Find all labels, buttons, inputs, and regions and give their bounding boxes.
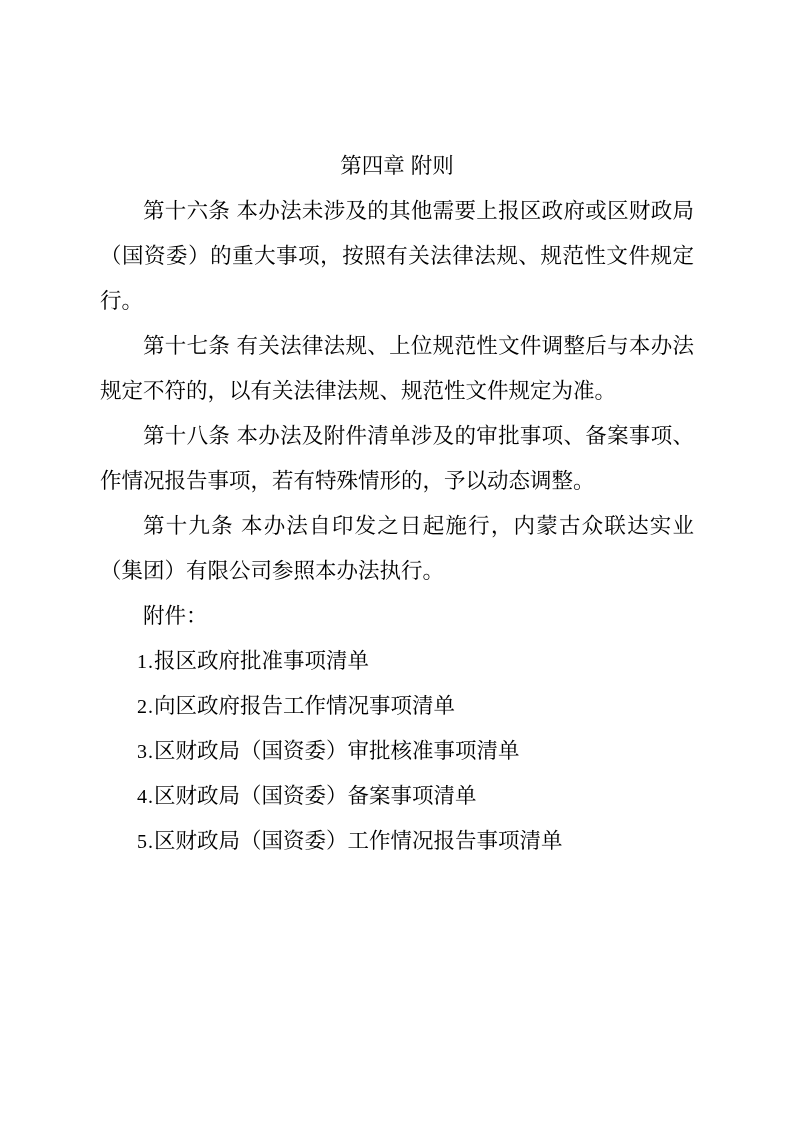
attachment-item-5-number: 5. <box>137 831 154 853</box>
attachment-item-5-text: 区财政局（国资委）工作情况报告事项清单 <box>154 829 563 853</box>
article-16-line-3: 行。 <box>100 279 694 324</box>
article-18-line-2: 作情况报告事项，若有特殊情形的，予以动态调整。 <box>100 459 694 504</box>
chapter-title: 第四章 附则 <box>100 144 694 189</box>
document-text-block: 第四章 附则 第十六条 本办法未涉及的其他需要上报区政府或区财政局 （国资委）的… <box>100 144 694 864</box>
attachment-item-3-text: 区财政局（国资委）审批核准事项清单 <box>154 739 520 763</box>
attachment-item-3: 3.区财政局（国资委）审批核准事项清单 <box>100 729 694 774</box>
attachment-item-1-number: 1. <box>137 651 154 673</box>
attachment-item-3-number: 3. <box>137 741 154 763</box>
article-17-line-2: 规定不符的，以有关法律法规、规范性文件规定为准。 <box>100 369 694 414</box>
attachment-item-4-number: 4. <box>137 786 154 808</box>
article-16-line-2: （国资委）的重大事项，按照有关法律法规、规范性文件规定执 <box>100 234 694 279</box>
attachment-item-1-text: 报区政府批准事项清单 <box>154 649 369 673</box>
article-16-line-1: 第十六条 本办法未涉及的其他需要上报区政府或区财政局 <box>100 189 694 234</box>
article-18-line-1: 第十八条 本办法及附件清单涉及的审批事项、备案事项、工 <box>100 414 694 459</box>
article-17-line-1: 第十七条 有关法律法规、上位规范性文件调整后与本办法 <box>100 324 694 369</box>
article-19-line-2: （集团）有限公司参照本办法执行。 <box>100 549 694 594</box>
document-page: 第四章 附则 第十六条 本办法未涉及的其他需要上报区政府或区财政局 （国资委）的… <box>0 0 793 1122</box>
attachment-item-2-text: 向区政府报告工作情况事项清单 <box>154 694 455 718</box>
attachment-item-4-text: 区财政局（国资委）备案事项清单 <box>154 784 477 808</box>
attachment-item-5: 5.区财政局（国资委）工作情况报告事项清单 <box>100 819 694 864</box>
attachment-item-1: 1.报区政府批准事项清单 <box>100 639 694 684</box>
attachment-item-4: 4.区财政局（国资委）备案事项清单 <box>100 774 694 819</box>
article-19-line-1: 第十九条 本办法自印发之日起施行，内蒙古众联达实业 <box>100 504 694 549</box>
attachment-item-2-number: 2. <box>137 696 154 718</box>
attachment-item-2: 2.向区政府报告工作情况事项清单 <box>100 684 694 729</box>
attachments-label: 附件： <box>100 594 694 639</box>
